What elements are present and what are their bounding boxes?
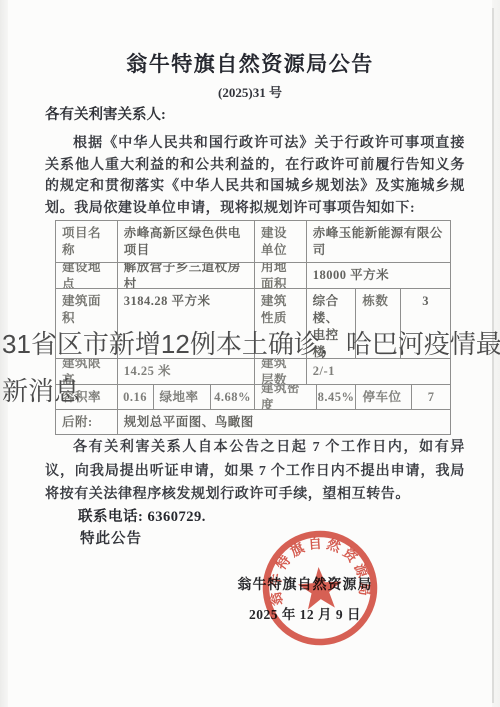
closing-statement: 特此公告 [80,527,142,548]
cell-land-area-label: 用地面积 [255,263,307,288]
cell-location-label: 建设地点 [56,263,118,288]
news-headline-overlay: 31省区市新增12例本土确诊，哈巴河疫情最新消息 [2,321,500,415]
cell-build-unit-value: 赤峰玉能新能源有限公司 [307,221,450,262]
document-photo: 翁牛特旗自然资源局公告 (2025)31 号 各有关利害关系人: 根据《中华人民… [0,0,500,707]
table-row: 建设地点 解放营子乡三道杖房村 用地面积 18000 平方米 [56,263,450,289]
intro-paragraph: 根据《中华人民共和国行政许可法》关于行政许可事项直接关系他人重大利益的和公共利益… [45,133,465,219]
signature-block: 翁牛特旗自然资源局 2025 年 12 月 9 日 [225,574,385,623]
cell-location-value: 解放营子乡三道杖房村 [118,263,255,288]
issuing-authority: 翁牛特旗自然资源局 [225,574,385,594]
objection-paragraph: 各有关利害关系人自本公告之日起 7 个工作日内，如有异议，向我局提出听证申请，如… [45,436,465,507]
page-title: 翁牛特旗自然资源局公告 [0,48,500,78]
doc-number: (2025)31 号 [0,82,500,101]
issue-date: 2025 年 12 月 9 日 [225,603,385,623]
cell-land-area-value: 18000 平方米 [307,263,450,288]
cell-project-name-label: 项目名称 [56,221,118,262]
contact-phone: 联系电话: 6360729. [78,505,206,526]
table-row: 项目名称 赤峰高新区绿色供电项目 建设单位 赤峰玉能新能源有限公司 [56,221,450,263]
salutation: 各有关利害关系人: [45,103,465,124]
cell-project-name-value: 赤峰高新区绿色供电项目 [118,221,255,262]
cell-build-unit-label: 建设单位 [255,221,307,262]
